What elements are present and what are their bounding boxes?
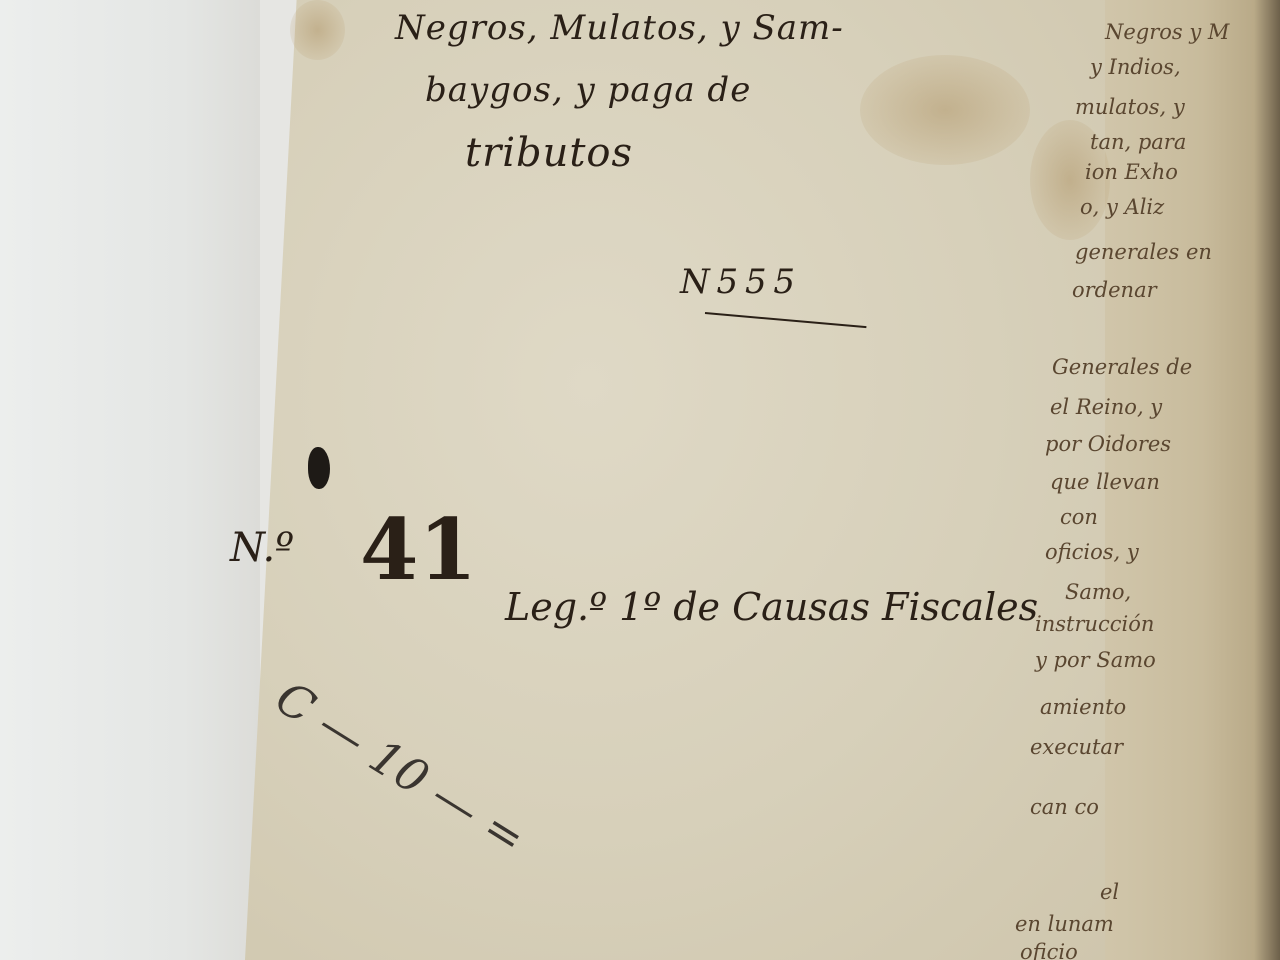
fragment-line: que llevan	[1050, 470, 1160, 494]
ink-blot	[308, 447, 330, 489]
fragment-line: oficio	[1020, 940, 1078, 960]
catalog-prefix: N.º	[230, 525, 294, 571]
fragment-line: Samo,	[1065, 580, 1131, 604]
fragment-line: generales en	[1075, 240, 1212, 264]
fragment-line: instrucción	[1035, 612, 1154, 636]
fragment-line: can co	[1030, 795, 1099, 819]
fragment-line: tan, para	[1090, 130, 1186, 154]
water-stain	[290, 0, 345, 60]
fragment-line: mulatos, y	[1075, 95, 1185, 119]
fragment-line: el	[1100, 880, 1119, 904]
fragment-line: y por Samo	[1035, 648, 1156, 672]
legajo-label: Leg.º 1º de Causas Fiscales	[505, 585, 1038, 629]
header-line-1: Negros, Mulatos, y Sam-	[395, 8, 844, 48]
header-line-3: tributos	[465, 130, 633, 176]
fragment-line: y Indios,	[1090, 55, 1181, 79]
reference-mark: N 5 5 5	[680, 262, 793, 302]
fragment-line: Negros y M	[1105, 20, 1229, 44]
fragment-line: o, y Aliz	[1080, 195, 1164, 219]
fragment-line: executar	[1030, 735, 1123, 759]
fragment-line: ion Exho	[1085, 160, 1178, 184]
fragment-line: el Reino, y	[1050, 395, 1162, 419]
header-line-2: baygos, y paga de	[425, 70, 751, 110]
catalog-number: 41	[360, 500, 477, 599]
background-cloth	[0, 0, 260, 960]
fragment-line: por Oidores	[1045, 432, 1171, 456]
fragment-line: con	[1060, 505, 1098, 529]
fragment-line: en lunam	[1015, 912, 1114, 936]
fragment-line: Generales de	[1052, 355, 1192, 379]
water-stain	[860, 55, 1030, 165]
fragment-line: oficios, y	[1045, 540, 1139, 564]
fragment-line: ordenar	[1072, 278, 1157, 302]
fragment-line: amiento	[1040, 695, 1126, 719]
